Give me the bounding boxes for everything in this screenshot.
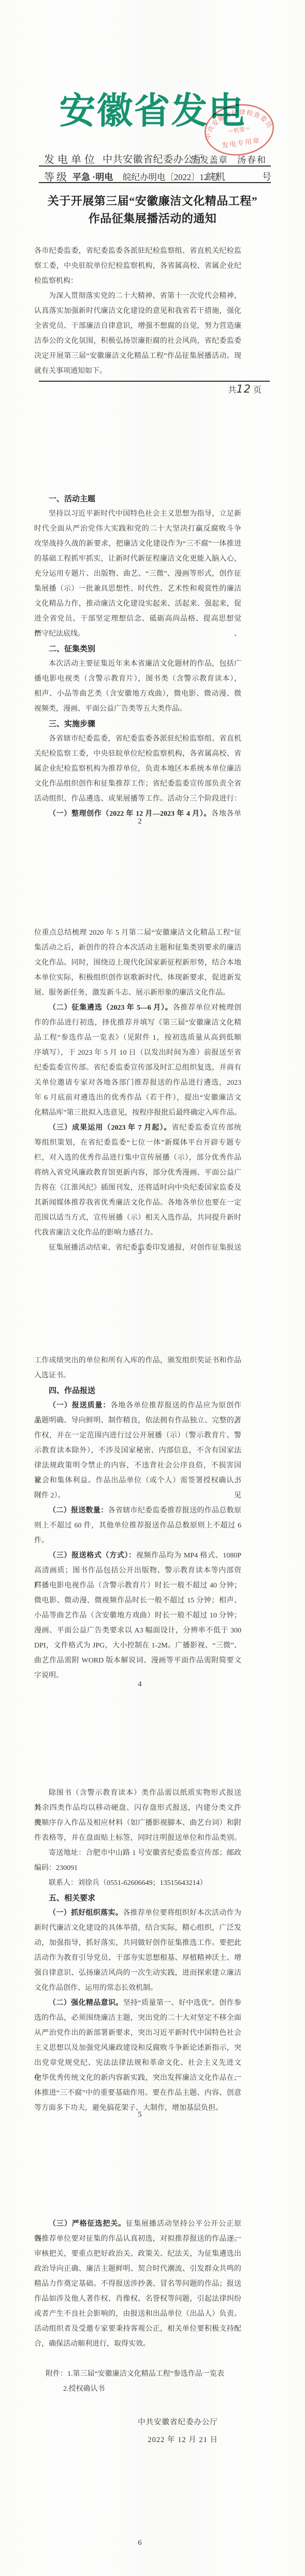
- text-line: 其余四类作品均以移动硬盘、闪存盘形式报送，内建分类文件夹，: [34, 1801, 241, 1816]
- text-line: 告将在《江淮风纪》插图刊发，还将适时向中央纪委国家监委及: [34, 1180, 241, 1195]
- text-line: 认真落实加强新时代廉洁文化建设的意见和我省若干措施，强化: [34, 304, 241, 319]
- text-line: 栏，对入选的优秀作品进行集中宣传展播（示），部分优秀作品: [34, 1150, 241, 1165]
- text-line: 作的作品进行初选，择优推荐并填写《第三届“安徽廉洁文化精: [34, 1015, 241, 1030]
- meta-label-signer: 签发盖章: [191, 153, 228, 166]
- text-line: 则上不超过 60 件，其他单位推荐报送作品总数原则上不超过 6: [34, 1518, 241, 1533]
- official-stamp-icon: 中共安徽省纪律检查委员会 ＝机要＝ 发电专用章: [202, 100, 277, 159]
- text-line: （二）强化精品意识。坚持“质量第一、好中选优”。创作参: [34, 1996, 241, 2011]
- text-line: 2.授权确认书: [34, 2382, 241, 2397]
- text-line: 时代全面从严治党伟大实践和党的二十大坚决打赢反腐败斗争: [34, 521, 241, 536]
- text-line: （三）严格征选把关。征集展播活动坚持公平公开公正原则。: [34, 2216, 241, 2231]
- page-2-body: 一、活动主题坚持以习近平新时代中国特色社会主义思想为指导，立足新时代全面从严治党…: [34, 491, 241, 821]
- text-line: 小品等曲艺作品（含安徽地方戏曲）时长一般不超过 10 分钟；: [34, 1608, 241, 1623]
- divider: [39, 381, 270, 382]
- text-line: 寄送地址：合肥市中山路 1 号安徽省纪委监委宣传部；邮政: [34, 1846, 241, 1861]
- text-line: 年 6 月底前对遴选出的优秀作品（若干件），提出“安徽廉洁文: [34, 1090, 241, 1105]
- text-line: 联系人：刘徐兵（0551-62606649；13515643214）: [34, 1876, 241, 1891]
- text-line: 件表格等，并在盘面贴上标签，同时注明报送单位和作品类别。: [34, 1831, 241, 1846]
- text-line: 展、服务新任务，激发新斗志、展示新形象的廉洁文化作品。: [34, 985, 241, 1000]
- meta-label-grade: 等级: [44, 169, 69, 184]
- meta-label-wanji: 皖机: [206, 170, 226, 183]
- text-line: DPI，文件格式为 JPG，大小控制在 1-2M。广播影视、“三微”、: [34, 1638, 241, 1653]
- page-number: 5: [0, 2110, 280, 2119]
- text-line: 活动作为教育引导党员、干部夯实思想根基、厚植精神沃土、增: [34, 1951, 241, 1966]
- text-line: 为深入贯彻落实党的二十大精神、省第十一次党代会精神，: [34, 289, 241, 304]
- divider: [39, 166, 271, 167]
- text-line: 编码：230091: [34, 1861, 241, 1876]
- text-line: 位重点总结梳理 2020 年 5 月第二届“安徽廉洁文化精品工程”征: [34, 925, 241, 940]
- text-line: 新时代廉洁文化建设的具体举措，结合实际，精心组织，广泛发: [34, 1921, 241, 1936]
- text-line: 本次活动主要征集近年来本省廉洁文化题材的作品，包括广: [34, 656, 241, 671]
- text-line: （三）报送格式（方式）：视频作品均为 MP4 格式、1080P: [34, 1548, 241, 1563]
- text-line: 除图书（含警示教育读本）类作品需以纸质实物形式报送外，: [34, 1786, 241, 1801]
- text-line: 或者产生不良社会影响的，由报送和出品单位（出品人）负责。: [34, 2307, 241, 2322]
- text-line: 微电影、微动漫、微视频作品时长一般不超过 15 分钟；相声、: [34, 1593, 241, 1608]
- text-line: 强自律意识、弘扬廉洁风尚的一次生动实践，进而探索建立廉洁: [34, 1966, 241, 1981]
- text-line: 坚持以习近平新时代中国特色社会主义思想为指导，立足新: [34, 506, 241, 521]
- text-line: （二）报送数量：各省辖市纪委监委推荐报送的作品总数原: [34, 1503, 241, 1518]
- text-line: 主义思想以及加强党风廉政建设和反腐败斗争新论述新指示，突: [34, 2041, 241, 2056]
- text-line: 集活动之后，新创作的符合本次活动主题和征集类别要求的廉洁: [34, 940, 241, 955]
- text-line: 合，确保活动顺利进行，取得实效。: [34, 2337, 241, 2352]
- signature-block: 中共安徽省纪委办公厅 2022 年 12 月 21 日: [0, 2414, 218, 2449]
- meta-value-grade: 平急 ·明电: [72, 170, 113, 183]
- text-line: 社会和集体利益。作品出品单位（或个人）需签署授权确认书（见: [34, 1473, 241, 1488]
- text-line: 高清画质；图书作品包括公开出版物、警示教育读本等内部资料；: [34, 1563, 241, 1578]
- text-line: 各省辖市纪委监委，省纪委监委各派驻纪检监察组、省直机: [34, 731, 241, 746]
- text-line: 洁奉公的文化氛围，积极弘扬崇廉拒腐的社会风尚，省纪委监委: [34, 334, 241, 349]
- text-line: 化精品库”第三批拟入选意见，按程序报批后最终确定入库作品。: [34, 1105, 241, 1120]
- text-line: 视频类，漫画、平面公益广告类等五大类作品。: [34, 701, 241, 716]
- page-5-body: 除图书（含警示教育读本）类作品需以纸质实物形式报送外，其余四类作品均以移动硬盘、…: [34, 1786, 241, 2116]
- text-line: 各推荐单位要对征集的作品认真初选，对拟推荐报送的作品逐一: [34, 2231, 241, 2246]
- text-line: 属企业纪检监察机构为推荐单位，负责本地区本系统本单位廉洁: [34, 761, 241, 776]
- page-number: 4: [0, 1680, 280, 1689]
- text-line: 律法规政策明令禁止的内容，不违背社会公序良俗，不损害国家、: [34, 1458, 241, 1473]
- stamp-arc-text: 中共安徽省纪律检查委员会: [202, 100, 274, 142]
- text-line: 将纳入省党风廉政教育馆更新内容，部分优秀漫画、平面公益广: [34, 1165, 241, 1180]
- svg-text:中共安徽省纪律检查委员会: 中共安徽省纪律检查委员会: [202, 100, 274, 142]
- text-line: 件。: [34, 1533, 241, 1548]
- text-line: 中华优秀传统文化的新内容新实践，突出发挥廉洁文化作品在一: [34, 2071, 241, 2086]
- divider: [39, 182, 271, 183]
- meta-label-hao: 号: [262, 170, 271, 183]
- page-number: 2: [0, 817, 280, 826]
- page-3-body: 位重点总结梳理 2020 年 5 月第二届“安徽廉洁文化精品工程”征集活动之后，…: [34, 925, 241, 1255]
- text-line: 文化精品力作，推动廉洁文化建设实起来、活起来、强起来，促: [34, 596, 241, 611]
- text-line: 文化作品组织创作和征集推荐工作；省纪委监委宣传部负责全省: [34, 776, 241, 791]
- text-line: 精品力作奠定基础。不得报送涉抄袭、冒名等问题的作品；报送: [34, 2277, 241, 2292]
- signature-org: 中共安徽省纪委办公厅: [0, 2414, 218, 2431]
- text-line: 集展播（示）一批兼具思想性、时代性、艺术性和观赏性的廉洁: [34, 581, 241, 596]
- page-number: 3: [0, 1248, 280, 1256]
- document-title-line1: 关于开展第三届“安徽廉洁文化精品工程”: [0, 192, 305, 208]
- text-line: 广播电影电视作品（含警示教育片）时长一般不超过 40 分钟；: [34, 1578, 241, 1593]
- text-line: 入选证书。: [34, 1368, 241, 1383]
- text-line: （一）报送质量：各地各单位推荐报送的作品应为原创作品，: [34, 1398, 241, 1413]
- text-line: 文化作品创作、运用的常态长效机制。: [34, 1981, 241, 1996]
- stamp-bottom-text: 发电专用章: [221, 137, 260, 149]
- text-line: 充分运用专题片、出版物、曲艺、“三微”、漫画等形式，创作征: [34, 566, 241, 581]
- page-6-body: （三）严格征选把关。征集展播活动坚持公平公开公正原则。各推荐单位要对征集的作品认…: [34, 2216, 241, 2397]
- text-line: 二、征集类别: [34, 641, 241, 656]
- text-line: 的基础工程抓牢抓实，让新时代新征程廉洁文化更能入脑入心，: [34, 551, 241, 566]
- text-line: 筹组织策划，在省纪委监委“七位一体”新媒体平台开辟专题专: [34, 1135, 241, 1150]
- text-line: 就有关事项通知如下。: [34, 364, 241, 379]
- text-line: 关纪检监察工委，中央驻皖单位纪检监察机构，各省属高校、省: [34, 746, 241, 761]
- meta-value-signer: 汤春和: [237, 153, 267, 166]
- text-line: 出党章党规党纪、宪法法律法规和革命文化、社会主义先进文化、: [34, 2056, 241, 2071]
- document-title-line2: 作品征集展播活动的通知: [0, 210, 305, 226]
- text-line: 动，加强指导，抓好落实，共同做好创作征集推选工作。要把此: [34, 1936, 241, 1951]
- meta-doc-number: 皖纪办明电〔2022〕12 号: [123, 170, 219, 183]
- text-line: 按顺序存入作品及相应材料（如广播影视脚本、曲艺台词）和附: [34, 1816, 241, 1831]
- text-line: 本单位实际，积极组织创作讴歌新时代、体现新要求，促进新发: [34, 970, 241, 985]
- text-line: 曲艺作品需附 WORD 版本解说词、漫画等平面作品需附简要文: [34, 1653, 241, 1668]
- text-line: （一）抓好组织落实。各推荐单位要将组织好本次活动作为: [34, 1906, 241, 1921]
- page-number: 6: [0, 2539, 280, 2548]
- text-line: 范围以适当方式，宣传展播（示）相关入选作品，共同提升新时: [34, 1210, 241, 1225]
- document-scan: 安徽省发电 中共安徽省纪律检查委员会 ＝机要＝ 发电专用章 发电单位 中共安徽省…: [0, 0, 305, 2576]
- text-line: 审核把关，要重点把好政治关、政策关、纪法关，为征集遴选出: [34, 2246, 241, 2262]
- text-line: 相声、小品等曲艺类（含安徽地方戏曲），微电影、微动漫、微: [34, 686, 241, 701]
- text-line: 体推进“三不腐”中的重要基础作用。要在作品主题、内容、创意: [34, 2086, 241, 2101]
- text-line: 序填写），于 2023 年 5 月 10 日（以发出时间为准）前报送至省: [34, 1045, 241, 1060]
- page-1-body: 各市纪委监委，省纪委监委各派驻纪检监察组、省直机关纪检监察工委，中央驻皖单位纪检…: [34, 244, 241, 379]
- text-line: 播电影电视类（含警示教育片），图书类（含警示教育读本），: [34, 671, 241, 686]
- note-number: 12: [236, 383, 251, 395]
- meta-value-issuing-unit: 中共安徽省纪委办公厅: [103, 152, 204, 166]
- text-line: 附件：1.第三届“安徽廉洁文化精品工程”参选作品一览表: [34, 2367, 241, 2382]
- signature-date: 2022 年 12 月 21 日: [0, 2431, 218, 2449]
- text-line: 纪委监委宣传部。省纪委监委宣传部及时汇总组织复选，并商有: [34, 1060, 241, 1075]
- text-line: 全省党员、干部廉洁自律意识，增强不想腐的自觉，努力营造廉: [34, 319, 241, 334]
- text-line: 四、作品报送: [34, 1383, 241, 1398]
- note-prefix: 共: [228, 386, 236, 395]
- text-line: 检监察机构：: [34, 274, 241, 289]
- meta-label-issuing-unit: 发电单位: [44, 151, 98, 166]
- text-line: 五、相关要求: [34, 1891, 241, 1906]
- text-line: 三、实施步骤: [34, 716, 241, 731]
- text-line: 从严治党作出的新部署新要求，突出习近平新时代中国特色社会: [34, 2026, 241, 2041]
- stamp-middle-text: ＝机要＝: [227, 125, 251, 135]
- text-line: 关单位邀请专家对各地各部门推荐报送的作品进行遴选，2023: [34, 1075, 241, 1090]
- text-line: 进全省党员、干部坚定理想信念、砥砺高尚品格、提高思想觉悟、: [34, 611, 241, 626]
- text-line: 文化作品。同时，围绕迈上现代化国家新征程新形势，结合本地: [34, 955, 241, 970]
- text-line: 主题明确、导向鲜明、制作精良，依法拥有作品独立、完整的著: [34, 1413, 241, 1428]
- text-line: 活动组织、作品遴选、成果展播等工作。活动分三个阶段进行：: [34, 791, 241, 806]
- text-line: 其新闻媒体推荐我省优秀廉洁文化作品。各地各单位也要在一定: [34, 1195, 241, 1210]
- text-line: 代我省廉洁文化作品的影响力感召力。: [34, 1225, 241, 1240]
- text-line: 各市纪委监委，省纪委监委各派驻纪检监察组、省直机关纪检监: [34, 244, 241, 259]
- text-line: 选的作品，必须围绕廉洁主题，突出党的二十大对坚定不移全面: [34, 2011, 241, 2026]
- text-line: 作品如涉及他人著作权、肖像权、名誉权等问题，引起法律纠纷: [34, 2292, 241, 2307]
- text-line: 工作成绩突出的单位和所有入库的作品，颁发组织奖证书和作品: [34, 1353, 241, 1368]
- text-line: [34, 2352, 241, 2367]
- text-line: 攻坚战持久战的新要求，把廉洁文化建设作为“三不腐”一体推进: [34, 536, 241, 551]
- text-line: 品工程”参选作品一览表》（见附件 1，按初选质量从高到低顺: [34, 1030, 241, 1045]
- text-line: 示教育读本除外），不涉及国家秘密、内部信息，不含有国家法: [34, 1443, 241, 1458]
- text-line: 活动组织者及受邀专家要秉持客观公正，相关单位要积极支持配: [34, 2322, 241, 2337]
- text-line: 政治导向正确、廉洁主题鲜明、契合时代潮流、引发群众共鸣的: [34, 2262, 241, 2277]
- text-line: （三）成果运用（2023 年 7 月起）。省纪委监委宣传部统: [34, 1120, 241, 1135]
- text-line: 作权，并在一定范围内进行过公开展播（示）（警示教育片、警: [34, 1428, 241, 1443]
- page-4-body: 工作成绩突出的单位和所有入库的作品，颁发组织奖证书和作品入选证书。四、作品报送（…: [34, 1353, 241, 1683]
- text-line: 一、活动主题: [34, 491, 241, 506]
- text-line: 决定开展第三届“安徽廉洁文化精品工程”作品征集展播活动。现: [34, 349, 241, 364]
- note-suffix: 页: [251, 386, 262, 395]
- text-line: 漫画、平面公益广告类要求以 A3 幅面设计，分辨率不低于 300: [34, 1623, 241, 1638]
- text-line: 察工委，中央驻皖单位纪检监察机构，各省属高校、省属企业纪: [34, 259, 241, 274]
- text-line: （二）征集遴选（2023 年 5—6 月）。各推荐单位对梳理创: [34, 1000, 241, 1015]
- total-pages-note: 共12 页: [0, 383, 262, 395]
